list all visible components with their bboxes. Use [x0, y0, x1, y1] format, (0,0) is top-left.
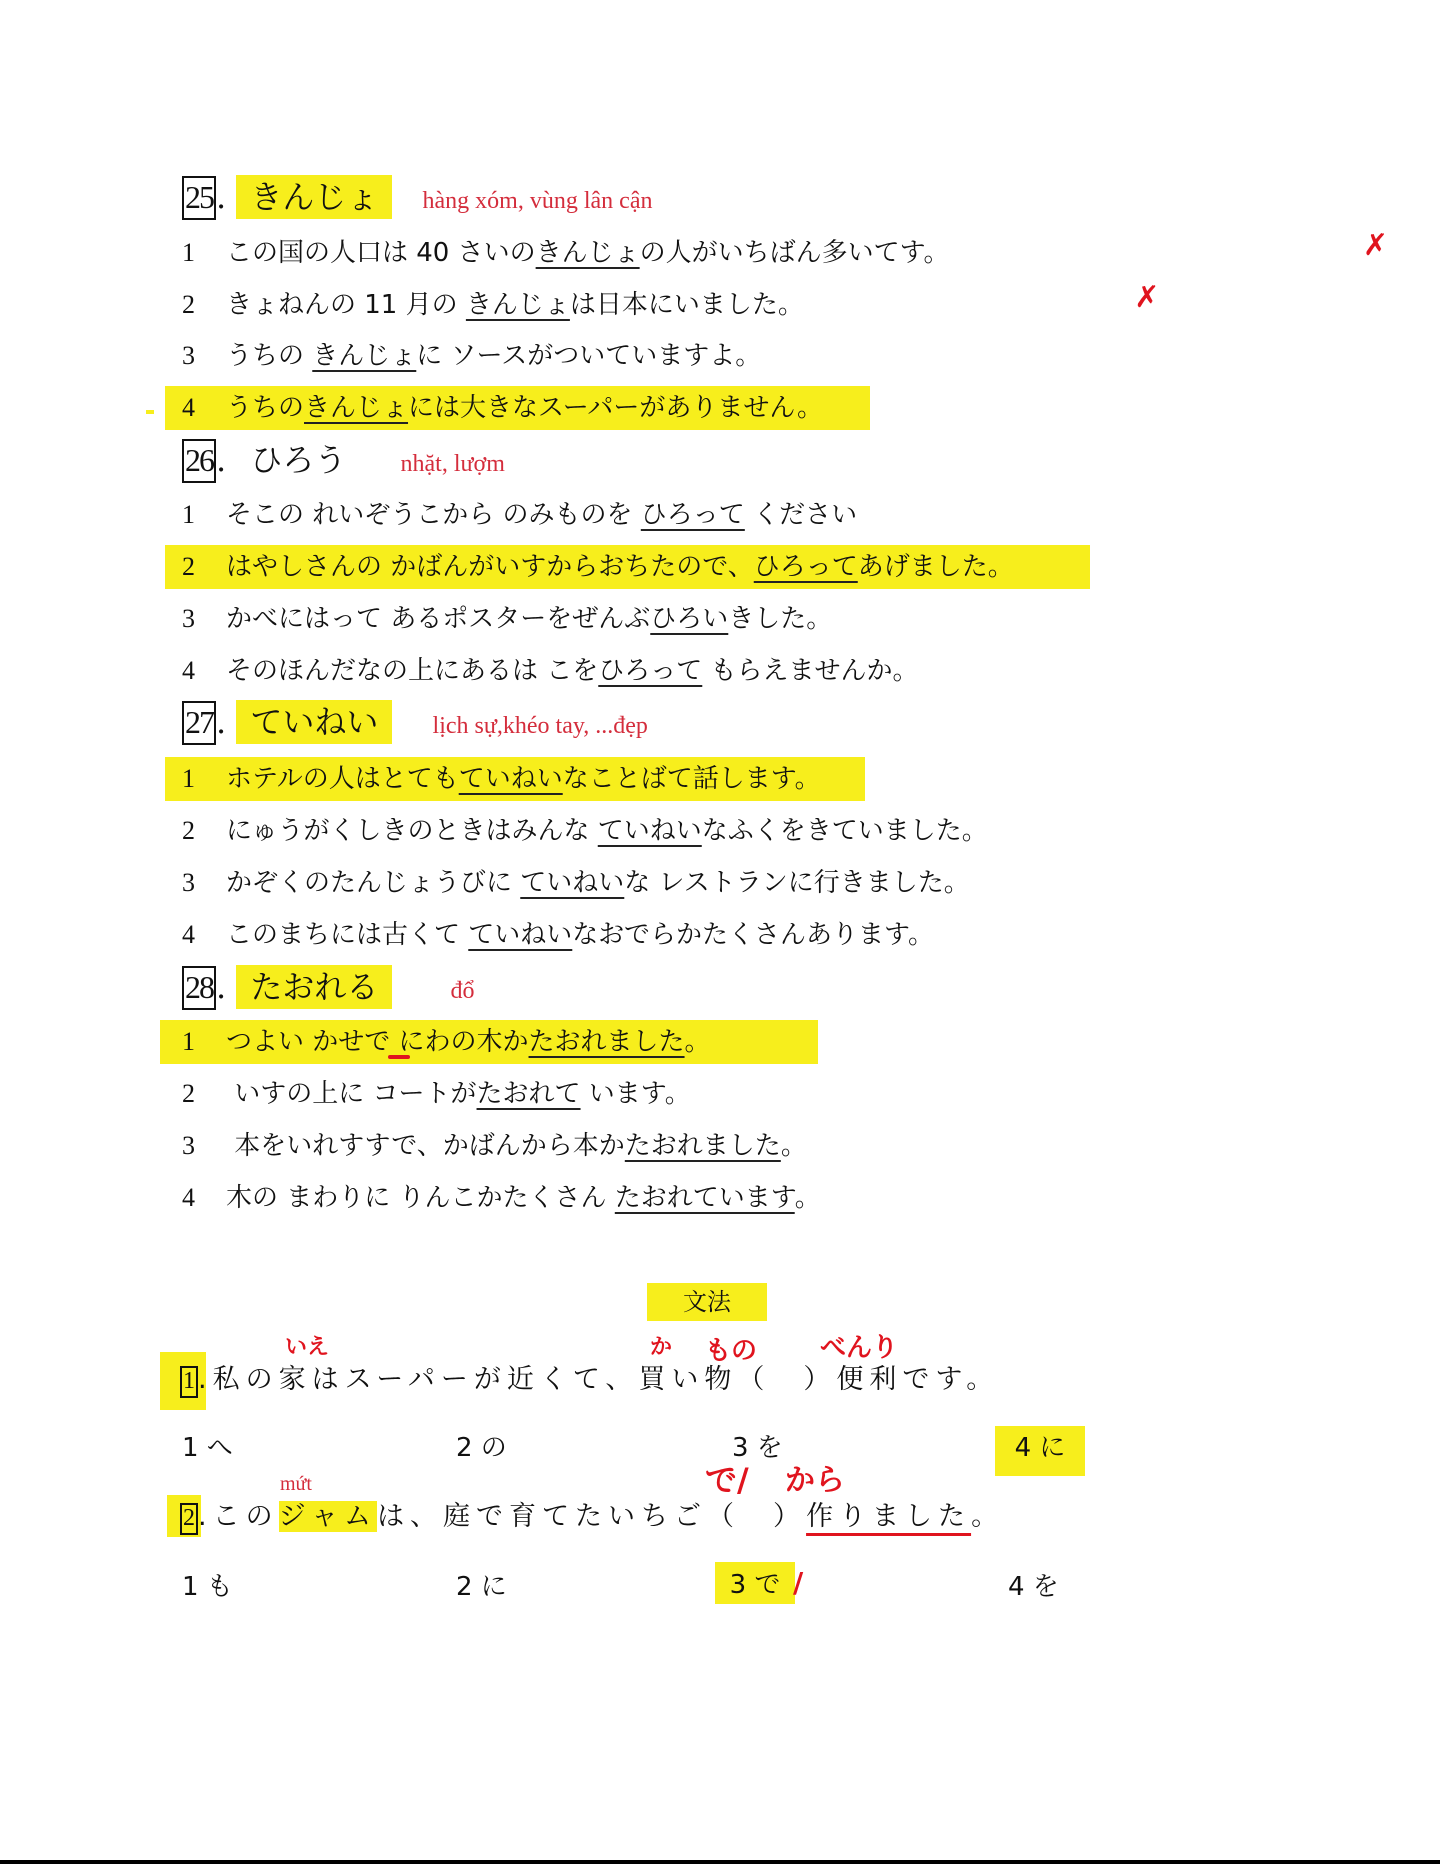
option-text: なふくをきていました。 — [702, 816, 988, 846]
option-number: 2 — [182, 1072, 226, 1116]
option-text: うちの — [226, 393, 304, 423]
option-number: 3 — [182, 334, 226, 378]
option-text: なことばて話します。 — [563, 764, 821, 794]
option-target: たおれました — [625, 1131, 781, 1161]
question-25-header: 25. きんじょ hàng xóm, vùng lân cận — [182, 175, 652, 223]
option-text: 。 — [781, 1131, 807, 1161]
option-number: 4 — [182, 1176, 226, 1220]
option-text: います。 — [581, 1079, 691, 1109]
option-target: きんじょ — [466, 290, 570, 320]
option-target: ひろって — [598, 656, 702, 686]
option-target: たおれています — [615, 1183, 795, 1213]
margin-mark — [146, 410, 154, 414]
section-title: 文法 — [647, 1283, 767, 1321]
option-target: ていねい — [520, 868, 624, 898]
item-sentence: この — [213, 1501, 279, 1532]
bottom-border — [0, 1860, 1440, 1864]
option-row: 4このまちには古くて ていねいなおでらかたくさんあります。 — [182, 913, 934, 957]
highlighted-word: ジャム — [279, 1501, 377, 1532]
option-target: きんじょ — [304, 393, 408, 423]
option-text: つよい かせで にわの木か — [226, 1027, 529, 1057]
choice-1[interactable]: 1 も — [182, 1567, 233, 1607]
option-text: ホテルの人はとても — [226, 764, 459, 794]
choice-1[interactable]: 1 へ — [182, 1428, 233, 1468]
option-row: 4木の まわりに りんこかたくさん たおれています。 — [182, 1176, 821, 1220]
option-text: なおでらかたくさんあります。 — [572, 920, 934, 950]
option-target: たおれました — [529, 1027, 685, 1057]
question-word: ひろう — [236, 438, 360, 482]
option-text: きした。 — [728, 604, 832, 634]
option-row: 4そのほんだなの上にあるは こをひろって もらえませんか。 — [182, 649, 919, 693]
option-number: 1 — [182, 231, 226, 275]
option-text: 木の まわりに りんこかたくさん — [226, 1183, 615, 1213]
question-27-header: 27. ていねい lịch sự,khéo tay, ...đẹp — [182, 700, 648, 748]
question-number: 27 — [182, 701, 216, 745]
option-text: この国の人口は 40 さいの — [226, 238, 536, 268]
option-row-correct: 1ホテルの人はとてもていねいなことばて話します。 — [165, 757, 865, 801]
option-number: 3 — [182, 1124, 226, 1168]
option-text: 本をいれすすで、かばんから本か — [226, 1131, 625, 1161]
option-text: 。 — [685, 1027, 711, 1057]
question-28-header: 28. たおれる đổ — [182, 965, 475, 1013]
question-word: たおれる — [236, 965, 392, 1009]
option-text: の人がいちばん多いてす。 — [640, 238, 950, 268]
option-target: きんじょ — [312, 341, 416, 371]
item-number: 2 — [180, 1503, 198, 1535]
option-text: に ソースがついていますよ。 — [416, 341, 761, 371]
option-text: いすの上に コートが — [226, 1079, 477, 1109]
item-sentence: 。 — [971, 1501, 1004, 1532]
choice-4[interactable]: 4 を — [1008, 1567, 1059, 1607]
option-row-correct: 1つよい かせで にわの木かたおれました。 — [160, 1020, 818, 1064]
option-number: 1 — [182, 1020, 226, 1064]
underlined-word: 作りました — [806, 1501, 971, 1532]
option-target: ていねい — [598, 816, 702, 846]
option-number: 1 — [182, 757, 226, 801]
option-number: 2 — [182, 545, 226, 589]
option-target: ひろって — [641, 500, 745, 530]
meaning-annotation: lịch sự,khéo tay, ...đẹp — [433, 713, 648, 739]
item-number: 1 — [180, 1366, 198, 1398]
grammar-item-1: 1.私の家はスーパーが近くて、買い物（ ）便利です。 — [180, 1355, 999, 1405]
grammar-item-2: 2.このジャムは、庭で育てたいちご（ ）作りました。 — [180, 1492, 1004, 1542]
option-text: きょねんの 11 月の — [226, 290, 466, 320]
check-mark-icon: / — [793, 1566, 803, 1599]
choice-3-correct[interactable]: 3 で — [715, 1562, 795, 1604]
option-row: 3 本をいれすすで、かばんから本かたおれました。 — [182, 1124, 807, 1168]
option-text: には大きなスーパーがありません。 — [408, 393, 823, 423]
option-row: 2 いすの上に コートがたおれて います。 — [182, 1072, 691, 1116]
question-number: 26 — [182, 439, 216, 483]
option-text: そこの れいぞうこから のみものを — [226, 500, 641, 530]
choice-2[interactable]: 2 に — [456, 1567, 507, 1607]
option-row-correct: 4うちのきんじょには大きなスーパーがありません。 — [165, 386, 870, 430]
item-sentence: は、庭で育てたいちご（ ） — [377, 1501, 806, 1532]
option-row: 1そこの れいぞうこから のみものを ひろって ください — [182, 493, 857, 537]
meaning-annotation: đổ — [451, 978, 475, 1004]
cross-mark-icon: ✗ — [1363, 228, 1388, 263]
option-text: はやしさんの かばんがいすからおちたので、 — [226, 552, 754, 582]
red-underline-mark — [388, 1055, 410, 1059]
option-number: 4 — [182, 386, 226, 430]
meaning-annotation: nhặt, lượm — [401, 451, 505, 477]
option-number: 2 — [182, 809, 226, 853]
option-row: 3かぞくのたんじょうびに ていねいな レストランに行きました。 — [182, 861, 970, 905]
cross-mark-icon: ✗ — [1134, 280, 1159, 315]
option-text: もらえませんか。 — [702, 656, 918, 686]
meaning-annotation: hàng xóm, vùng lân cận — [423, 188, 653, 214]
option-text: このまちには古くて — [226, 920, 468, 950]
option-number: 2 — [182, 283, 226, 327]
option-text: にゅうがくしきのときはみんな — [226, 816, 598, 846]
option-text: は日本にいました。 — [570, 290, 804, 320]
choice-2[interactable]: 2 の — [456, 1428, 507, 1468]
option-row: 3うちの きんじょに ソースがついていますよ。 — [182, 334, 761, 378]
option-number: 4 — [182, 649, 226, 693]
option-target: たおれて — [477, 1079, 581, 1109]
option-row: 1この国の人口は 40 さいのきんじょの人がいちばん多いてす。 ✗ — [182, 230, 983, 275]
option-target: ひろい — [650, 604, 728, 634]
question-word: ていねい — [236, 700, 392, 744]
option-text: かぞくのたんじょうびに — [226, 868, 520, 898]
option-number: 3 — [182, 861, 226, 905]
option-text: ください — [745, 500, 857, 530]
option-text: うちの — [226, 341, 312, 371]
question-word: きんじょ — [236, 175, 392, 219]
option-number: 3 — [182, 597, 226, 641]
question-number: 28 — [182, 966, 216, 1010]
option-target: ひろって — [754, 552, 858, 582]
option-text: かべにはって あるポスターをぜんぶ — [226, 604, 650, 634]
question-number: 25 — [182, 176, 216, 220]
option-number: 1 — [182, 493, 226, 537]
option-row: 3かべにはって あるポスターをぜんぶひろいきした。 — [182, 597, 832, 641]
option-target: きんじょ — [536, 238, 640, 268]
option-target: ていねい — [468, 920, 572, 950]
option-text: そのほんだなの上にあるは こを — [226, 656, 598, 686]
option-text: あげました。 — [858, 552, 1014, 582]
option-number: 4 — [182, 913, 226, 957]
option-text: 。 — [795, 1183, 821, 1213]
option-row: 2きょねんの 11 月の きんじょは日本にいました。 ✗ — [182, 282, 837, 327]
option-row-correct: 2はやしさんの かばんがいすからおちたので、ひろってあげました。 — [165, 545, 1090, 589]
option-text: な レストランに行きました。 — [624, 868, 970, 898]
question-26-header: 26. ひろう nhặt, lượm — [182, 438, 505, 486]
option-row: 2にゅうがくしきのときはみんな ていねいなふくをきていました。 — [182, 809, 988, 853]
option-target: ていねい — [459, 764, 563, 794]
choice-4-correct[interactable]: 4 に — [995, 1426, 1085, 1476]
item-sentence: 私の家はスーパーが近くて、買い物（ ）便利です。 — [213, 1364, 1000, 1395]
